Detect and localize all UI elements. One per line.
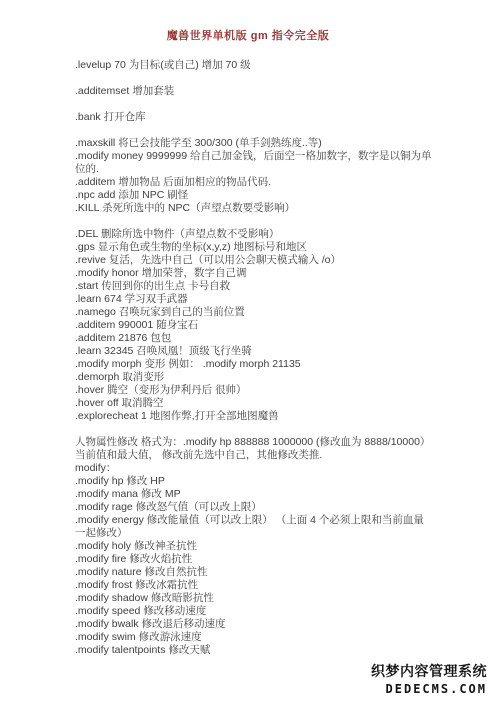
document-page: 魔兽世界单机版 gm 指令完全版 .levelup 70 为目标(或自己) 增加…	[0, 0, 496, 702]
command-line: 人物属性修改 格式为：.modify hp 888888 1000000 (修改…	[75, 436, 433, 462]
command-line: .additemset 增加套装	[75, 85, 433, 98]
command-line: .additem 990001 随身宝石	[75, 319, 433, 332]
command-line: .learn 674 学习双手武器	[75, 293, 433, 306]
command-line: .npc add 添加 NPC 刷怪	[75, 189, 433, 202]
command-line: .additem 21876 包包	[75, 332, 433, 345]
command-line: .learn 32345 召唤凤凰！顶级飞行坐骑	[75, 345, 433, 358]
command-line: .KILL 杀死所选中的 NPC（声望点数要受影响）	[75, 202, 433, 215]
command-line: .additem 增加物品 后面加相应的物品代码.	[75, 176, 433, 189]
command-line: .demorph 取消变形	[75, 371, 433, 384]
command-line: .modify fire 修改火焰抗性	[75, 553, 433, 566]
watermark-domain: DEDECMS.COM	[371, 682, 487, 696]
text-block: .DEL 删除所选中物件（声望点数不受影响）.gps 显示角色或生物的坐标(x,…	[75, 228, 433, 423]
command-line: .hover 腾空（变形为伊利丹后 很帅）	[75, 384, 433, 397]
command-line: .revive 复活，先选中自己（可以用公会聊天模式输入 /o）	[75, 254, 433, 267]
command-line: .modify frost 修改冰霜抗性	[75, 579, 433, 592]
document-body: .levelup 70 为目标(或自己) 增加 70 级.additemset …	[75, 59, 433, 657]
watermark-cms-name: 织梦内容管理系统	[371, 661, 487, 681]
command-line: .modify honor 增加荣誉，数字自己调	[75, 267, 433, 280]
command-line: .start 传回到你的出生点 卡号自救	[75, 280, 433, 293]
command-line: .modify shadow 修改暗影抗性	[75, 592, 433, 605]
watermark: 织梦内容管理系统 DEDECMS.COM	[371, 661, 487, 696]
command-line: .modify holy 修改神圣抗性	[75, 540, 433, 553]
command-line: .modify energy 修改能量值（可以改上限） （上面 4 个必须上限和…	[75, 514, 433, 540]
command-line: .modify morph 变形 例如： .modify morph 21135	[75, 358, 433, 371]
text-block: 人物属性修改 格式为：.modify hp 888888 1000000 (修改…	[75, 436, 433, 657]
command-line: .bank 打开仓库	[75, 111, 433, 124]
command-line: .hover off 取消腾空	[75, 397, 433, 410]
text-block: .bank 打开仓库	[75, 111, 433, 124]
command-line: .modify talentpoints 修改天赋	[75, 644, 433, 657]
command-line: .levelup 70 为目标(或自己) 增加 70 级	[75, 59, 433, 72]
command-line: .modify money 9999999 给自己加金钱，后面空一格加数字，数字…	[75, 150, 433, 176]
command-line: .modify rage 修改怒气值（可以改上限）	[75, 501, 433, 514]
text-block: .maxskill 将已会技能学至 300/300 (单手剑熟练度..等).mo…	[75, 137, 433, 215]
command-line: .modify bwalk 修改退后移动速度	[75, 618, 433, 631]
command-line: .modify hp 修改 HP	[75, 475, 433, 488]
page-title: 魔兽世界单机版 gm 指令完全版	[0, 0, 496, 59]
command-line: .explorecheat 1 地图作弊,打开全部地图魔兽	[75, 410, 433, 423]
command-line: .modify nature 修改自然抗性	[75, 566, 433, 579]
command-line: .namego 召唤玩家到自己的当前位置	[75, 306, 433, 319]
command-line: modify：	[75, 462, 433, 475]
command-line: .modify swim 修改游泳速度	[75, 631, 433, 644]
text-block: .additemset 增加套装	[75, 85, 433, 98]
command-line: .modify mana 修改 MP	[75, 488, 433, 501]
command-line: .DEL 删除所选中物件（声望点数不受影响）	[75, 228, 433, 241]
command-line: .maxskill 将已会技能学至 300/300 (单手剑熟练度..等)	[75, 137, 433, 150]
text-block: .levelup 70 为目标(或自己) 增加 70 级	[75, 59, 433, 72]
command-line: .modify speed 修改移动速度	[75, 605, 433, 618]
command-line: .gps 显示角色或生物的坐标(x,y,z) 地图标号和地区	[75, 241, 433, 254]
